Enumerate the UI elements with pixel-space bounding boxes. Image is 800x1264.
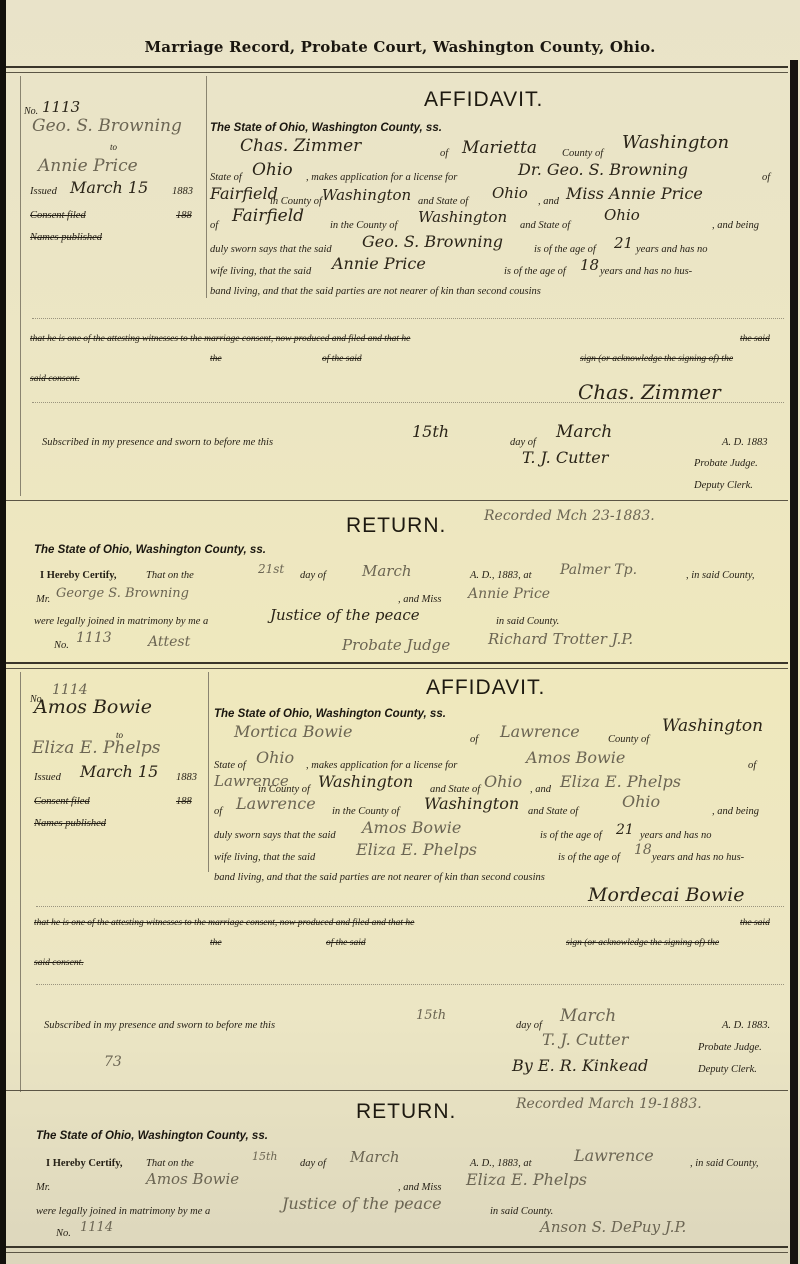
makes-application-text: , makes application for a license for — [306, 172, 457, 183]
bride-county: Washington — [424, 794, 519, 813]
groom-said-name: Geo. S. Browning — [362, 232, 503, 251]
return-venue: The State of Ohio, Washington County, ss… — [36, 1130, 268, 1142]
bride-age: 18 — [580, 256, 599, 274]
left-border — [20, 672, 21, 1092]
consent-filed-label: Consent filed — [30, 210, 86, 221]
groom-state: Ohio — [484, 772, 522, 791]
header-rule-inner — [6, 72, 788, 73]
record-number: 1113 — [42, 98, 80, 116]
state-of-label: State of — [210, 172, 242, 183]
subscribed-text: Subscribed in my presence and sworn to b… — [42, 437, 273, 448]
return-title: RETURN. — [346, 514, 446, 538]
years-no-husband-text: years and has no hus- — [652, 852, 744, 863]
bride-state: Ohio — [622, 792, 660, 811]
years-no-wife-text: years and has no — [640, 830, 711, 841]
struck-said-consent: said consent. — [34, 958, 84, 968]
makes-application-text: , makes application for a license for — [306, 760, 457, 771]
applicant-state: Ohio — [252, 160, 293, 180]
attest-label: Attest — [148, 634, 190, 650]
officiant-title: Justice of the peace — [282, 1194, 442, 1213]
groom-state: Ohio — [492, 184, 528, 202]
and-miss-label: , and Miss — [398, 1182, 441, 1193]
issued-year: 1883 — [176, 772, 197, 783]
mr-label: Mr. — [36, 594, 50, 605]
issued-date: March 15 — [80, 762, 158, 781]
applicant-state: Ohio — [256, 748, 294, 767]
day-of-label: day of — [300, 570, 326, 581]
wife-living-text: wife living, that the said — [210, 266, 311, 277]
subscribed-day: 15th — [412, 422, 449, 441]
left-border — [20, 76, 21, 496]
header-rule — [6, 66, 788, 68]
return-month: March — [350, 1148, 400, 1166]
wife-living-text: wife living, that the said — [214, 852, 315, 863]
return-title: RETURN. — [356, 1100, 456, 1124]
of-label: of — [210, 220, 218, 231]
deputy-clerk-label: Deputy Clerk. — [694, 480, 753, 491]
judge-signature: T. J. Cutter — [522, 448, 608, 467]
ad-at-label: A. D., 1883, at — [470, 1158, 532, 1169]
return-month: March — [362, 562, 412, 580]
applicant-county: Washington — [662, 716, 763, 736]
margin-bride-name: Eliza E. Phelps — [32, 738, 161, 758]
officiant-signature: Richard Trotter J.P. — [488, 630, 633, 648]
struck-the: the — [210, 938, 222, 948]
witness-line — [32, 318, 784, 319]
and-label: , and — [530, 784, 551, 795]
subscribed-text: Subscribed in my presence and sworn to b… — [44, 1020, 275, 1031]
in-county-label: in said County. — [490, 1206, 553, 1217]
kinship-statement: band living, and that the said parties a… — [214, 872, 545, 883]
applicant-signature: Chas. Zimmer — [578, 380, 721, 404]
affidavit-venue: The State of Ohio, Washington County, ss… — [214, 708, 446, 720]
of-label: of — [762, 172, 770, 183]
page-header-title: Marriage Record, Probate Court, Washingt… — [0, 38, 800, 56]
groom-said-name: Amos Bowie — [362, 818, 461, 837]
and-state-of-label: and State of — [528, 806, 578, 817]
return-groom: George S. Browning — [56, 586, 189, 601]
bottom-rule-inner — [6, 1252, 788, 1253]
return-bride: Annie Price — [468, 586, 550, 602]
in-the-county-of-label: in the County of — [332, 806, 399, 817]
margin-bride-name: Annie Price — [38, 156, 138, 176]
certify-label: I Hereby Certify, — [46, 1158, 123, 1169]
section-divider — [6, 500, 788, 501]
issued-year: 1883 — [172, 186, 193, 197]
deputy-signature: By E. R. Kinkead — [512, 1056, 648, 1075]
signature-line — [32, 402, 784, 403]
and-state-of-label: and State of — [520, 220, 570, 231]
that-on-the-label: That on the — [146, 570, 194, 581]
of-label: of — [214, 806, 222, 817]
issued-label: Issued — [34, 772, 61, 783]
subscribed-month: March — [556, 422, 612, 442]
applicant-name: Chas. Zimmer — [240, 136, 361, 156]
struck-of-the-said: of the said — [322, 354, 362, 364]
number-label: No. — [54, 640, 69, 651]
bride-place: Lawrence — [236, 794, 316, 813]
blank-line — [36, 984, 784, 985]
age-of-label: is of the age of — [558, 852, 620, 863]
in-said-county-label: , in said County, — [690, 1158, 759, 1169]
years-no-wife-text: years and has no — [636, 244, 707, 255]
struck-witness-clause: that he is one of the attesting witnesse… — [34, 918, 414, 928]
probate-judge-label: Probate Judge. — [698, 1042, 762, 1053]
of-label: of — [440, 148, 448, 159]
return-place: Lawrence — [574, 1146, 654, 1165]
return-venue: The State of Ohio, Washington County, ss… — [34, 544, 266, 556]
and-being-label: , and being — [712, 806, 759, 817]
groom-age: 21 — [614, 234, 633, 252]
in-the-county-of-label: in the County of — [330, 220, 397, 231]
kinship-statement: band living, and that the said parties a… — [210, 286, 541, 297]
and-label: , and — [538, 196, 559, 207]
ad-year: A. D. 1883. — [722, 1020, 770, 1031]
license-groom-name: Amos Bowie — [526, 748, 625, 767]
groom-county: Washington — [318, 772, 413, 791]
in-said-county-label: , in said County, — [686, 570, 755, 581]
age-of-label: is of the age of — [534, 244, 596, 255]
subscribed-day: 15th — [416, 1008, 446, 1023]
groom-age: 21 — [616, 822, 634, 838]
of-label: of — [470, 734, 478, 745]
page-right-edge — [790, 60, 798, 1264]
groom-county: Washington — [322, 186, 411, 204]
county-of-label: County of — [562, 148, 603, 159]
number-label: No. — [56, 1228, 71, 1239]
margin-divider — [206, 76, 207, 298]
affidavit-venue: The State of Ohio, Washington County, ss… — [210, 122, 442, 134]
duly-sworn-text: duly sworn says that the said — [214, 830, 336, 841]
return-day: 15th — [252, 1150, 278, 1163]
license-groom-name: Dr. Geo. S. Browning — [518, 160, 688, 179]
recorded-date: Recorded March 19-1883. — [516, 1096, 702, 1112]
margin-groom-name: Geo. S. Browning — [32, 116, 182, 136]
and-miss-label: , and Miss — [398, 594, 441, 605]
return-bride: Eliza E. Phelps — [466, 1170, 587, 1189]
witness-line — [36, 906, 784, 907]
that-on-the-label: That on the — [146, 1158, 194, 1169]
in-county-label: in said County. — [496, 616, 559, 627]
judge-signature: T. J. Cutter — [542, 1030, 628, 1049]
margin-divider — [208, 672, 209, 872]
struck-of-the-said: of the said — [326, 938, 366, 948]
bride-state: Ohio — [604, 206, 640, 224]
folio-number: 73 — [104, 1054, 122, 1070]
affidavit-title: AFFIDAVIT. — [424, 88, 543, 112]
applicant-place: Marietta — [462, 138, 537, 158]
subscribed-month: March — [560, 1006, 616, 1026]
recorded-date: Recorded Mch 23-1883. — [484, 508, 655, 524]
applicant-place: Lawrence — [500, 722, 580, 741]
names-published-label: Names published — [30, 232, 102, 243]
witness-signature: Mordecai Bowie — [588, 884, 744, 906]
bride-age: 18 — [634, 842, 652, 858]
margin-groom-name: Amos Bowie — [34, 696, 152, 718]
issued-label: Issued — [30, 186, 57, 197]
bride-full-name: Eliza E. Phelps — [560, 772, 681, 791]
mr-label: Mr. — [36, 1182, 50, 1193]
return-day: 21st — [258, 562, 284, 576]
deputy-clerk-label: Deputy Clerk. — [698, 1064, 757, 1075]
struck-the-said: the said — [740, 918, 770, 928]
return-number: 1113 — [76, 630, 112, 646]
struck-witness-clause: that he is one of the attesting witnesse… — [30, 334, 410, 344]
joined-text: were legally joined in matrimony by me a — [36, 1206, 210, 1217]
struck-sign-clause: sign (or acknowledge the signing of) the — [566, 938, 719, 948]
bride-place: Fairfield — [232, 206, 304, 226]
struck-said-consent: said consent. — [30, 374, 80, 384]
and-being-label: , and being — [712, 220, 759, 231]
struck-sign-clause: sign (or acknowledge the signing of) the — [580, 354, 733, 364]
struck-the-said: the said — [740, 334, 770, 344]
ad-year: A. D. 1883 — [722, 437, 768, 448]
section-divider — [6, 1090, 788, 1091]
day-of-label: day of — [510, 437, 536, 448]
record-divider-inner — [6, 668, 788, 669]
day-of-label: day of — [516, 1020, 542, 1031]
affidavit-title: AFFIDAVIT. — [426, 676, 545, 700]
day-of-label: day of — [300, 1158, 326, 1169]
struck-the: the — [210, 354, 222, 364]
consent-year: 188 — [176, 796, 192, 807]
return-groom: Amos Bowie — [146, 1170, 239, 1188]
bride-said-name: Eliza E. Phelps — [356, 840, 477, 859]
consent-filed-label: Consent filed — [34, 796, 90, 807]
of-label: of — [748, 760, 756, 771]
bride-county: Washington — [418, 208, 507, 226]
groom-place: Fairfield — [210, 184, 278, 203]
record-divider — [6, 662, 788, 664]
officiant-signature: Anson S. DePuy J.P. — [540, 1218, 686, 1236]
probate-judge-label: Probate Judge. — [694, 458, 758, 469]
years-no-husband-text: years and has no hus- — [600, 266, 692, 277]
probate-judge-handwritten: Probate Judge — [342, 636, 450, 654]
bride-full-name: Miss Annie Price — [566, 184, 703, 203]
to-label: to — [110, 142, 117, 152]
age-of-label: is of the age of — [540, 830, 602, 841]
applicant-name: Mortica Bowie — [234, 722, 352, 741]
and-state-of-label: and State of — [418, 196, 468, 207]
return-number: 1114 — [80, 1220, 113, 1235]
applicant-county: Washington — [622, 132, 729, 153]
ad-at-label: A. D., 1883, at — [470, 570, 532, 581]
officiant-title: Justice of the peace — [270, 606, 420, 624]
bride-said-name: Annie Price — [332, 254, 426, 273]
return-place: Palmer Tp. — [560, 562, 637, 578]
certify-label: I Hereby Certify, — [40, 570, 117, 581]
issued-date: March 15 — [70, 178, 148, 197]
state-of-label: State of — [214, 760, 246, 771]
joined-text: were legally joined in matrimony by me a — [34, 616, 208, 627]
county-of-label: County of — [608, 734, 649, 745]
names-published-label: Names published — [34, 818, 106, 829]
consent-year: 188 — [176, 210, 192, 221]
age-of-label: is of the age of — [504, 266, 566, 277]
duly-sworn-text: duly sworn says that the said — [210, 244, 332, 255]
bottom-rule — [6, 1246, 788, 1248]
